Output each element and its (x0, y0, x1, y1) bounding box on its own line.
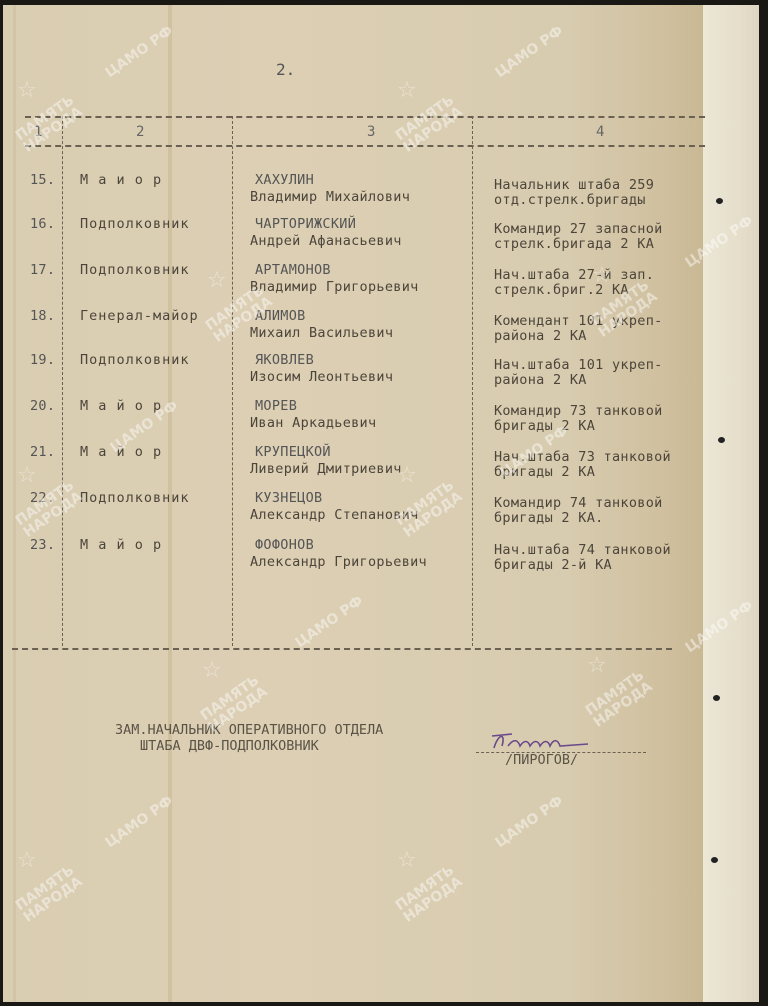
star-icon: ☆ (397, 78, 417, 103)
binding-hole (718, 437, 725, 443)
column-header-position: 4 (596, 124, 604, 140)
star-icon: ☆ (397, 848, 417, 873)
table-bottom-rule (12, 648, 672, 650)
binding-hole (716, 198, 723, 204)
rank: Генерал-майор (80, 308, 199, 325)
row-number: 18. (30, 308, 55, 325)
row-number: 23. (30, 537, 55, 554)
binding-strip (703, 5, 759, 1002)
surname: КРУПЕЦКОЙ (255, 444, 331, 461)
binding-hole (711, 857, 718, 863)
star-icon: ☆ (207, 268, 227, 293)
position-line: стрелк.бригада 2 КА (494, 236, 654, 253)
given-names: Изосим Леонтьевич (250, 369, 393, 386)
row-number: 17. (30, 262, 55, 279)
row-number: 21. (30, 444, 55, 461)
position-line: бригады 2 КА. (494, 510, 604, 527)
signatory-name: /ПИРОГОВ/ (505, 752, 578, 768)
given-names: Владимир Михайлович (250, 189, 410, 206)
star-icon: ☆ (397, 463, 417, 488)
given-names: Владимир Григорьевич (250, 279, 419, 296)
rank: М а й о р (80, 537, 162, 554)
position-line: района 2 КА (494, 328, 587, 345)
position-line: бригады 2-й КА (494, 557, 612, 574)
surname: ФОФОНОВ (255, 537, 314, 554)
star-icon: ☆ (202, 658, 222, 683)
column-header-rank: 2 (136, 124, 144, 140)
signature-title-line1: ЗАМ.НАЧАЛЬНИК ОПЕРАТИВНОГО ОТДЕЛА (115, 722, 383, 738)
given-names: Андрей Афанасьевич (250, 233, 402, 250)
column-divider (472, 116, 473, 646)
star-icon: ☆ (587, 653, 607, 678)
rank: Подполковник (80, 216, 190, 233)
page-number: 2. (276, 60, 295, 79)
surname: ЯКОВЛЕВ (255, 352, 314, 369)
star-icon: ☆ (17, 78, 37, 103)
surname: ХАХУЛИН (255, 172, 314, 189)
row-number: 19. (30, 352, 55, 369)
position-line: отд.стрелк.бригады (494, 192, 646, 209)
given-names: Александр Григорьевич (250, 554, 427, 571)
column-divider (62, 116, 63, 646)
star-icon: ☆ (592, 263, 612, 288)
surname: АРТАМОНОВ (255, 262, 331, 279)
table-top-rule (25, 116, 705, 118)
table-header-rule (25, 145, 705, 147)
row-number: 16. (30, 216, 55, 233)
rank: Подполковник (80, 352, 190, 369)
given-names: Ливерий Дмитриевич (250, 461, 402, 478)
row-number: 20. (30, 398, 55, 415)
binding-hole (713, 695, 720, 701)
star-icon: ☆ (17, 848, 37, 873)
rank: Подполковник (80, 262, 190, 279)
row-number: 15. (30, 172, 55, 189)
signature-title-line2: ШТАБА ДВФ-ПОДПОЛКОВНИК (115, 738, 319, 754)
column-divider (232, 116, 233, 646)
surname: КУЗНЕЦОВ (255, 490, 322, 507)
surname: МОРЕВ (255, 398, 297, 415)
signature-title: ЗАМ.НАЧАЛЬНИК ОПЕРАТИВНОГО ОТДЕЛА ШТАБА … (115, 722, 383, 754)
star-icon: ☆ (17, 463, 37, 488)
position-line: района 2 КА (494, 372, 587, 389)
given-names: Михаил Васильевич (250, 325, 393, 342)
surname: ЧАРТОРИЖСКИЙ (255, 216, 356, 233)
position-line: бригады 2 КА (494, 418, 595, 435)
rank: М а и о р (80, 172, 162, 189)
column-header-name: 3 (367, 124, 375, 140)
given-names: Иван Аркадьевич (250, 415, 376, 432)
rank: Подполковник (80, 490, 190, 507)
